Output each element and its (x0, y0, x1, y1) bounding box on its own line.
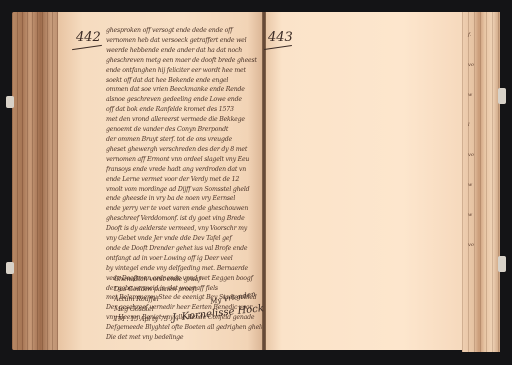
left-page-edges (12, 12, 64, 350)
text-line: gheschreven metg een maer de dooft brede… (106, 56, 262, 66)
text-line: genoemt de vander des Conyn Brerpondt (106, 125, 262, 135)
margin-note: vo (468, 230, 494, 260)
text-line: vmolt vom mordinge ad Dijff van Somsstel… (106, 185, 262, 195)
text-line: ende ontfanghen hij feliciter eer wordt … (106, 66, 262, 76)
text-line: ende yerry ver te voet varen ende ghesch… (106, 204, 262, 214)
text-line: der ommen Bruyt sterf. tot de ons vreugd… (106, 135, 262, 145)
margin-note: l (468, 110, 494, 140)
text-line: Ghenadich vorst ende graaf (114, 274, 264, 284)
text-line: met den vrond allereerst vermede die Bek… (106, 115, 262, 125)
margin-note: vo (468, 140, 494, 170)
text-line: off dat bok ende Ranfelde kromet des 157… (106, 105, 262, 115)
text-line: ontfangt ad in voer Lowing off ig Deer v… (106, 254, 262, 264)
text-line: Die det met vny bedelinge (106, 333, 262, 343)
open-manuscript-book: 442 443 ghesproken off versogt ende dede… (0, 0, 512, 365)
text-line: gheschreef Verddomonf. ist dy goet ving … (106, 214, 262, 224)
right-page (266, 12, 462, 350)
text-line: by vintegel ende vny delfgeding met. Ber… (106, 264, 262, 274)
page-tab (498, 256, 506, 272)
text-line: soekt off dat dat hee Bekende ende engel (106, 76, 262, 86)
text-line: ghesproken off versogt ende dede ende of… (106, 26, 262, 36)
text-line: gheset ghewergh verschreden des der dy 8… (106, 145, 262, 155)
text-line: Dooft is dy aelderste vermeed, vny Voors… (106, 224, 262, 234)
margin-note: w (468, 170, 494, 200)
margin-note: w (468, 200, 494, 230)
text-line: Defgemeede Blyghtel ofte Boeten all gedr… (106, 323, 262, 333)
text-line: alsnoe geschreven gedeeling ende Lowe en… (106, 95, 262, 105)
margin-note: vo (468, 50, 494, 80)
text-line: onde de Dooft Drender gehet ius val Brof… (106, 244, 262, 254)
margin-note: f. (468, 20, 494, 50)
page-tab (6, 262, 14, 274)
text-line: vny Gebet vnde Jer vnde dde Dev Tafel ge… (106, 234, 262, 244)
margin-note: w (468, 80, 494, 110)
text-line: weerde hebbende ende ander dat ha dat no… (106, 46, 262, 56)
page-tab (6, 96, 14, 108)
right-margin-notes: f.vowlvowwvo (468, 20, 494, 260)
folio-number-left: 442 (76, 30, 101, 45)
text-line: ende Lerne vermet voor der Verdy met de … (106, 175, 262, 185)
page-tab (498, 88, 506, 104)
text-line: fransoys ende vrede hadt ang verdroden d… (106, 165, 262, 175)
text-line: ommen dat soe vrien Beeckmanke ende Rend… (106, 85, 262, 95)
folio-number-right: 443 (268, 30, 293, 45)
text-line: vernomen heb dat versoeck getraffert end… (106, 36, 262, 46)
text-line: ende gheesde in vry ba de noen vry Eerns… (106, 194, 262, 204)
text-line: vernomen aff Ermont vnn ordeel slagelt v… (106, 155, 262, 165)
